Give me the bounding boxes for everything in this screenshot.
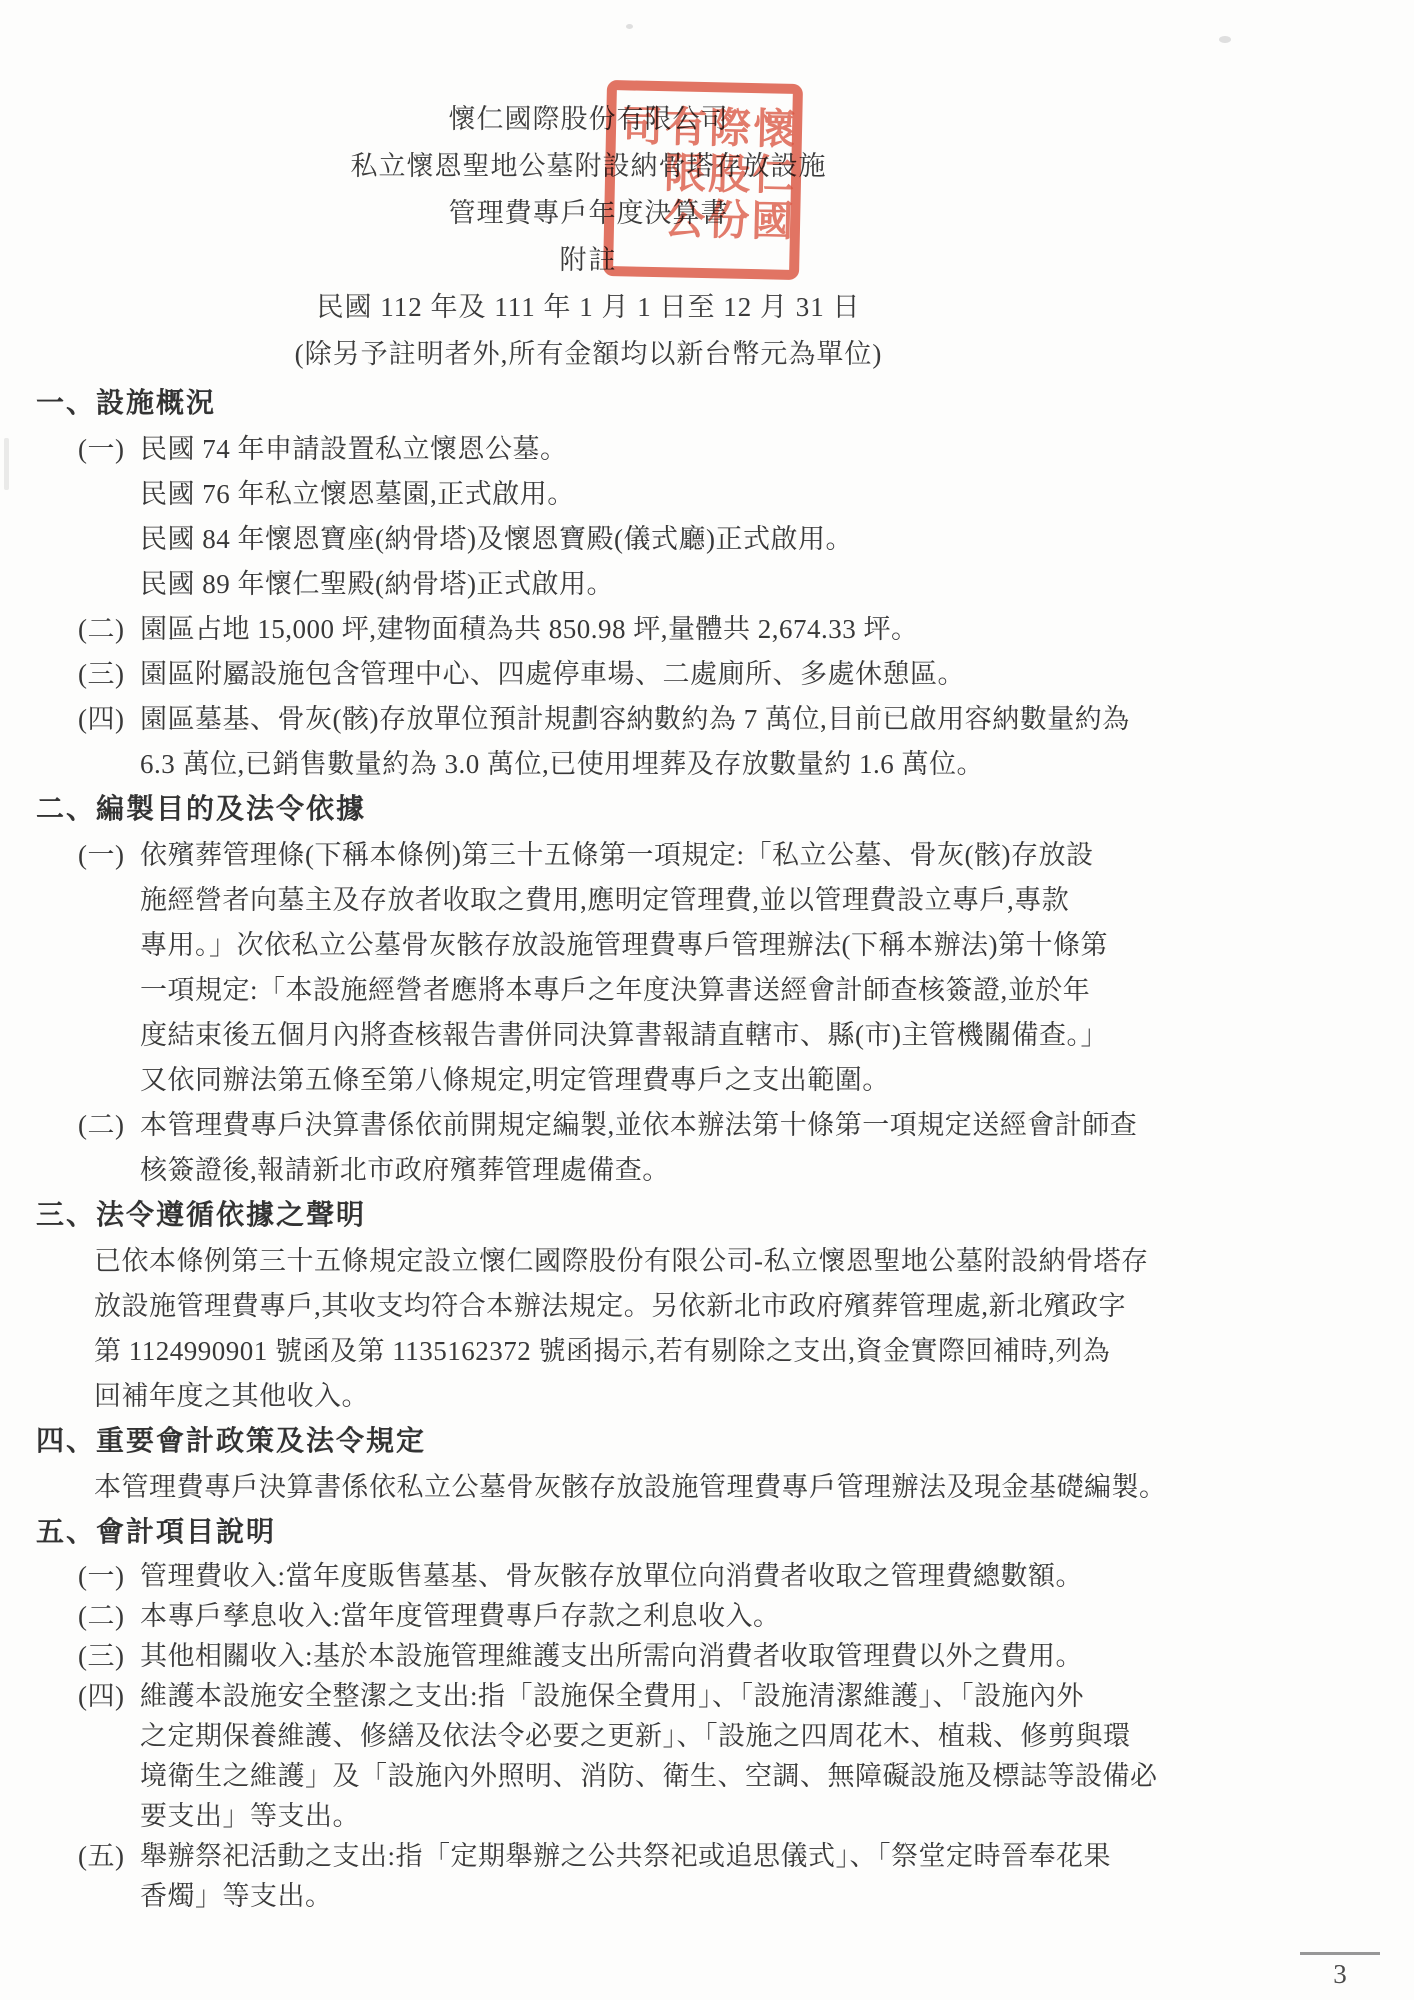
section-heading: 三、法令遵循依據之聲明	[36, 1193, 1141, 1239]
item-line: 要支出」等支出。	[140, 1796, 1158, 1836]
item-marker: (一)	[78, 1556, 140, 1596]
page-number: 3	[1300, 1955, 1380, 1990]
item-marker: (二)	[78, 1103, 140, 1193]
item-marker: (一)	[78, 427, 140, 607]
currency-unit-note: (除另予註明者外,所有金額均以新台幣元為單位)	[36, 331, 1141, 378]
item-text: 維護本設施安全整潔之支出:指「設施保全費用」、「設施清潔維護」、「設施內外之定期…	[140, 1676, 1158, 1836]
item-line: 管理費收入:當年度販售墓基、骨灰骸存放單位向消費者收取之管理費總數額。	[140, 1556, 1141, 1596]
list-item: (四)維護本設施安全整潔之支出:指「設施保全費用」、「設施清潔維護」、「設施內外…	[36, 1676, 1141, 1836]
document-body: 一、設施概況(一)民國 74 年申請設置私立懷恩公墓。民國 76 年私立懷恩墓園…	[36, 381, 1141, 1916]
item-text: 園區墓基、骨灰(骸)存放單位預計規劃容納數約為 7 萬位,目前已啟用容納數量約為…	[140, 697, 1141, 787]
document-header: 懷仁國際股份有限公司 私立懷恩聖地公墓附設納骨塔存放設施 管理費專戶年度決算書 …	[36, 0, 1141, 378]
list-item: (一)民國 74 年申請設置私立懷恩公墓。民國 76 年私立懷恩墓園,正式啟用。…	[36, 427, 1141, 607]
item-line: 一項規定:「本設施經營者應將本專戶之年度決算書送經會計師查核簽證,並於年	[140, 968, 1141, 1013]
item-line: 本管理費專戶決算書係依前開規定編製,並依本辦法第十條第一項規定送經會計師查	[140, 1103, 1141, 1148]
item-text: 管理費收入:當年度販售墓基、骨灰骸存放單位向消費者收取之管理費總數額。	[140, 1556, 1141, 1596]
report-period: 民國 112 年及 111 年 1 月 1 日至 12 月 31 日	[36, 284, 1141, 331]
item-line: 其他相關收入:基於本設施管理維護支出所需向消費者收取管理費以外之費用。	[140, 1636, 1141, 1676]
item-text: 園區附屬設施包含管理中心、四處停車場、二處廁所、多處休憩區。	[140, 652, 1141, 697]
item-line: 度結束後五個月內將查核報告書併同決算書報請直轄市、縣(市)主管機關備查。」	[140, 1013, 1141, 1058]
item-text: 本專戶孳息收入:當年度管理費專戶存款之利息收入。	[140, 1596, 1141, 1636]
list-item: (一)管理費收入:當年度販售墓基、骨灰骸存放單位向消費者收取之管理費總數額。	[36, 1556, 1141, 1596]
item-marker: (二)	[78, 607, 140, 652]
item-line: 園區墓基、骨灰(骸)存放單位預計規劃容納數約為 7 萬位,目前已啟用容納數量約為	[140, 697, 1141, 742]
facility-name: 私立懷恩聖地公墓附設納骨塔存放設施	[36, 143, 1141, 190]
item-line: 民國 74 年申請設置私立懷恩公墓。	[140, 427, 1141, 472]
item-text: 其他相關收入:基於本設施管理維護支出所需向消費者收取管理費以外之費用。	[140, 1636, 1141, 1676]
section-heading: 一、設施概況	[36, 381, 1141, 427]
list-item: (三)園區附屬設施包含管理中心、四處停車場、二處廁所、多處休憩區。	[36, 652, 1141, 697]
item-line: 舉辦祭祀活動之支出:指「定期舉辦之公共祭祀或追思儀式」、「祭堂定時晉奉花果	[140, 1836, 1141, 1876]
list-item: (二)園區占地 15,000 坪,建物面積為共 850.98 坪,量體共 2,6…	[36, 607, 1141, 652]
item-line: 專用。」次依私立公墓骨灰骸存放設施管理費專戶管理辦法(下稱本辦法)第十條第	[140, 923, 1141, 968]
item-marker: (三)	[78, 652, 140, 697]
list-item: (二)本管理費專戶決算書係依前開規定編製,並依本辦法第十條第一項規定送經會計師查…	[36, 1103, 1141, 1193]
item-marker: (四)	[78, 697, 140, 787]
scan-speck	[1219, 36, 1231, 43]
section-2: 二、編製目的及法令依據(一)依殯葬管理條(下稱本條例)第三十五條第一項規定:「私…	[36, 787, 1141, 1193]
list-item: (三)其他相關收入:基於本設施管理維護支出所需向消費者收取管理費以外之費用。	[36, 1636, 1141, 1676]
item-line: 施經營者向墓主及存放者收取之費用,應明定管理費,並以管理費設立專戶,專款	[140, 878, 1141, 923]
paragraph-line: 回補年度之其他收入。	[36, 1374, 1141, 1419]
section-4: 四、重要會計政策及法令規定本管理費專戶決算書係依私立公墓骨灰骸存放設施管理費專戶…	[36, 1419, 1141, 1510]
scanned-document-page: 懷仁國際股份有限公司 私立懷恩聖地公墓附設納骨塔存放設施 管理費專戶年度決算書 …	[0, 0, 1414, 2000]
paragraph-line: 本管理費專戶決算書係依私立公墓骨灰骸存放設施管理費專戶管理辦法及現金基礎編製。	[36, 1465, 1141, 1510]
item-line: 本專戶孳息收入:當年度管理費專戶存款之利息收入。	[140, 1596, 1141, 1636]
item-line: 之定期保養維護、修繕及依法令必要之更新」、「設施之四周花木、植栽、修剪與環	[140, 1716, 1158, 1756]
list-item: (一)依殯葬管理條(下稱本條例)第三十五條第一項規定:「私立公墓、骨灰(骸)存放…	[36, 833, 1141, 1103]
paragraph-line: 第 1124990901 號函及第 1135162372 號函揭示,若有剔除之支…	[36, 1329, 1141, 1374]
item-line: 又依同辦法第五條至第八條規定,明定管理費專戶之支出範圍。	[140, 1058, 1141, 1103]
item-line: 民國 89 年懷仁聖殿(納骨塔)正式啟用。	[140, 562, 1141, 607]
item-line: 民國 84 年懷恩寶座(納骨塔)及懷恩寶殿(儀式廳)正式啟用。	[140, 517, 1141, 562]
notes-label: 附註	[36, 237, 1141, 284]
item-line: 維護本設施安全整潔之支出:指「設施保全費用」、「設施清潔維護」、「設施內外	[140, 1676, 1158, 1716]
item-line: 境衛生之維護」及「設施內外照明、消防、衛生、空調、無障礙設施及標誌等設備必	[140, 1756, 1158, 1796]
document-content: 懷仁國際股份有限公司 私立懷恩聖地公墓附設納骨塔存放設施 管理費專戶年度決算書 …	[36, 0, 1141, 1916]
item-text: 依殯葬管理條(下稱本條例)第三十五條第一項規定:「私立公墓、骨灰(骸)存放設施經…	[140, 833, 1141, 1103]
paragraph-line: 已依本條例第三十五條規定設立懷仁國際股份有限公司-私立懷恩聖地公墓附設納骨塔存	[36, 1239, 1141, 1284]
item-text: 民國 74 年申請設置私立懷恩公墓。民國 76 年私立懷恩墓園,正式啟用。民國 …	[140, 427, 1141, 607]
section-5: 五、會計項目說明(一)管理費收入:當年度販售墓基、骨灰骸存放單位向消費者收取之管…	[36, 1510, 1141, 1916]
item-marker: (一)	[78, 833, 140, 1103]
section-1: 一、設施概況(一)民國 74 年申請設置私立懷恩公墓。民國 76 年私立懷恩墓園…	[36, 381, 1141, 787]
company-name: 懷仁國際股份有限公司	[36, 96, 1141, 143]
section-heading: 五、會計項目說明	[36, 1510, 1141, 1556]
list-item: (二)本專戶孳息收入:當年度管理費專戶存款之利息收入。	[36, 1596, 1141, 1636]
item-marker: (五)	[78, 1836, 140, 1916]
list-item: (五)舉辦祭祀活動之支出:指「定期舉辦之公共祭祀或追思儀式」、「祭堂定時晉奉花果…	[36, 1836, 1141, 1916]
item-marker: (三)	[78, 1636, 140, 1676]
item-line: 民國 76 年私立懷恩墓園,正式啟用。	[140, 472, 1141, 517]
item-marker: (四)	[78, 1676, 140, 1836]
item-line: 核簽證後,報請新北市政府殯葬管理處備查。	[140, 1148, 1141, 1193]
item-line: 依殯葬管理條(下稱本條例)第三十五條第一項規定:「私立公墓、骨灰(骸)存放設	[140, 833, 1141, 878]
page-number-block: 3	[1300, 1952, 1380, 1990]
item-line: 園區附屬設施包含管理中心、四處停車場、二處廁所、多處休憩區。	[140, 652, 1141, 697]
item-text: 舉辦祭祀活動之支出:指「定期舉辦之公共祭祀或追思儀式」、「祭堂定時晉奉花果香燭」…	[140, 1836, 1141, 1916]
item-text: 園區占地 15,000 坪,建物面積為共 850.98 坪,量體共 2,674.…	[140, 607, 1141, 652]
item-text: 本管理費專戶決算書係依前開規定編製,並依本辦法第十條第一項規定送經會計師查核簽證…	[140, 1103, 1141, 1193]
item-line: 香燭」等支出。	[140, 1876, 1141, 1916]
paragraph-line: 放設施管理費專戶,其收支均符合本辦法規定。另依新北市政府殯葬管理處,新北殯政字	[36, 1284, 1141, 1329]
item-line: 園區占地 15,000 坪,建物面積為共 850.98 坪,量體共 2,674.…	[140, 607, 1141, 652]
section-3: 三、法令遵循依據之聲明已依本條例第三十五條規定設立懷仁國際股份有限公司-私立懷恩…	[36, 1193, 1141, 1419]
list-item: (四)園區墓基、骨灰(骸)存放單位預計規劃容納數約為 7 萬位,目前已啟用容納數…	[36, 697, 1141, 787]
section-heading: 四、重要會計政策及法令規定	[36, 1419, 1141, 1465]
scan-speck	[4, 438, 9, 490]
item-line: 6.3 萬位,已銷售數量約為 3.0 萬位,已使用埋葬及存放數量約 1.6 萬位…	[140, 742, 1141, 787]
item-marker: (二)	[78, 1596, 140, 1636]
section-heading: 二、編製目的及法令依據	[36, 787, 1141, 833]
report-title: 管理費專戶年度決算書	[36, 190, 1141, 237]
